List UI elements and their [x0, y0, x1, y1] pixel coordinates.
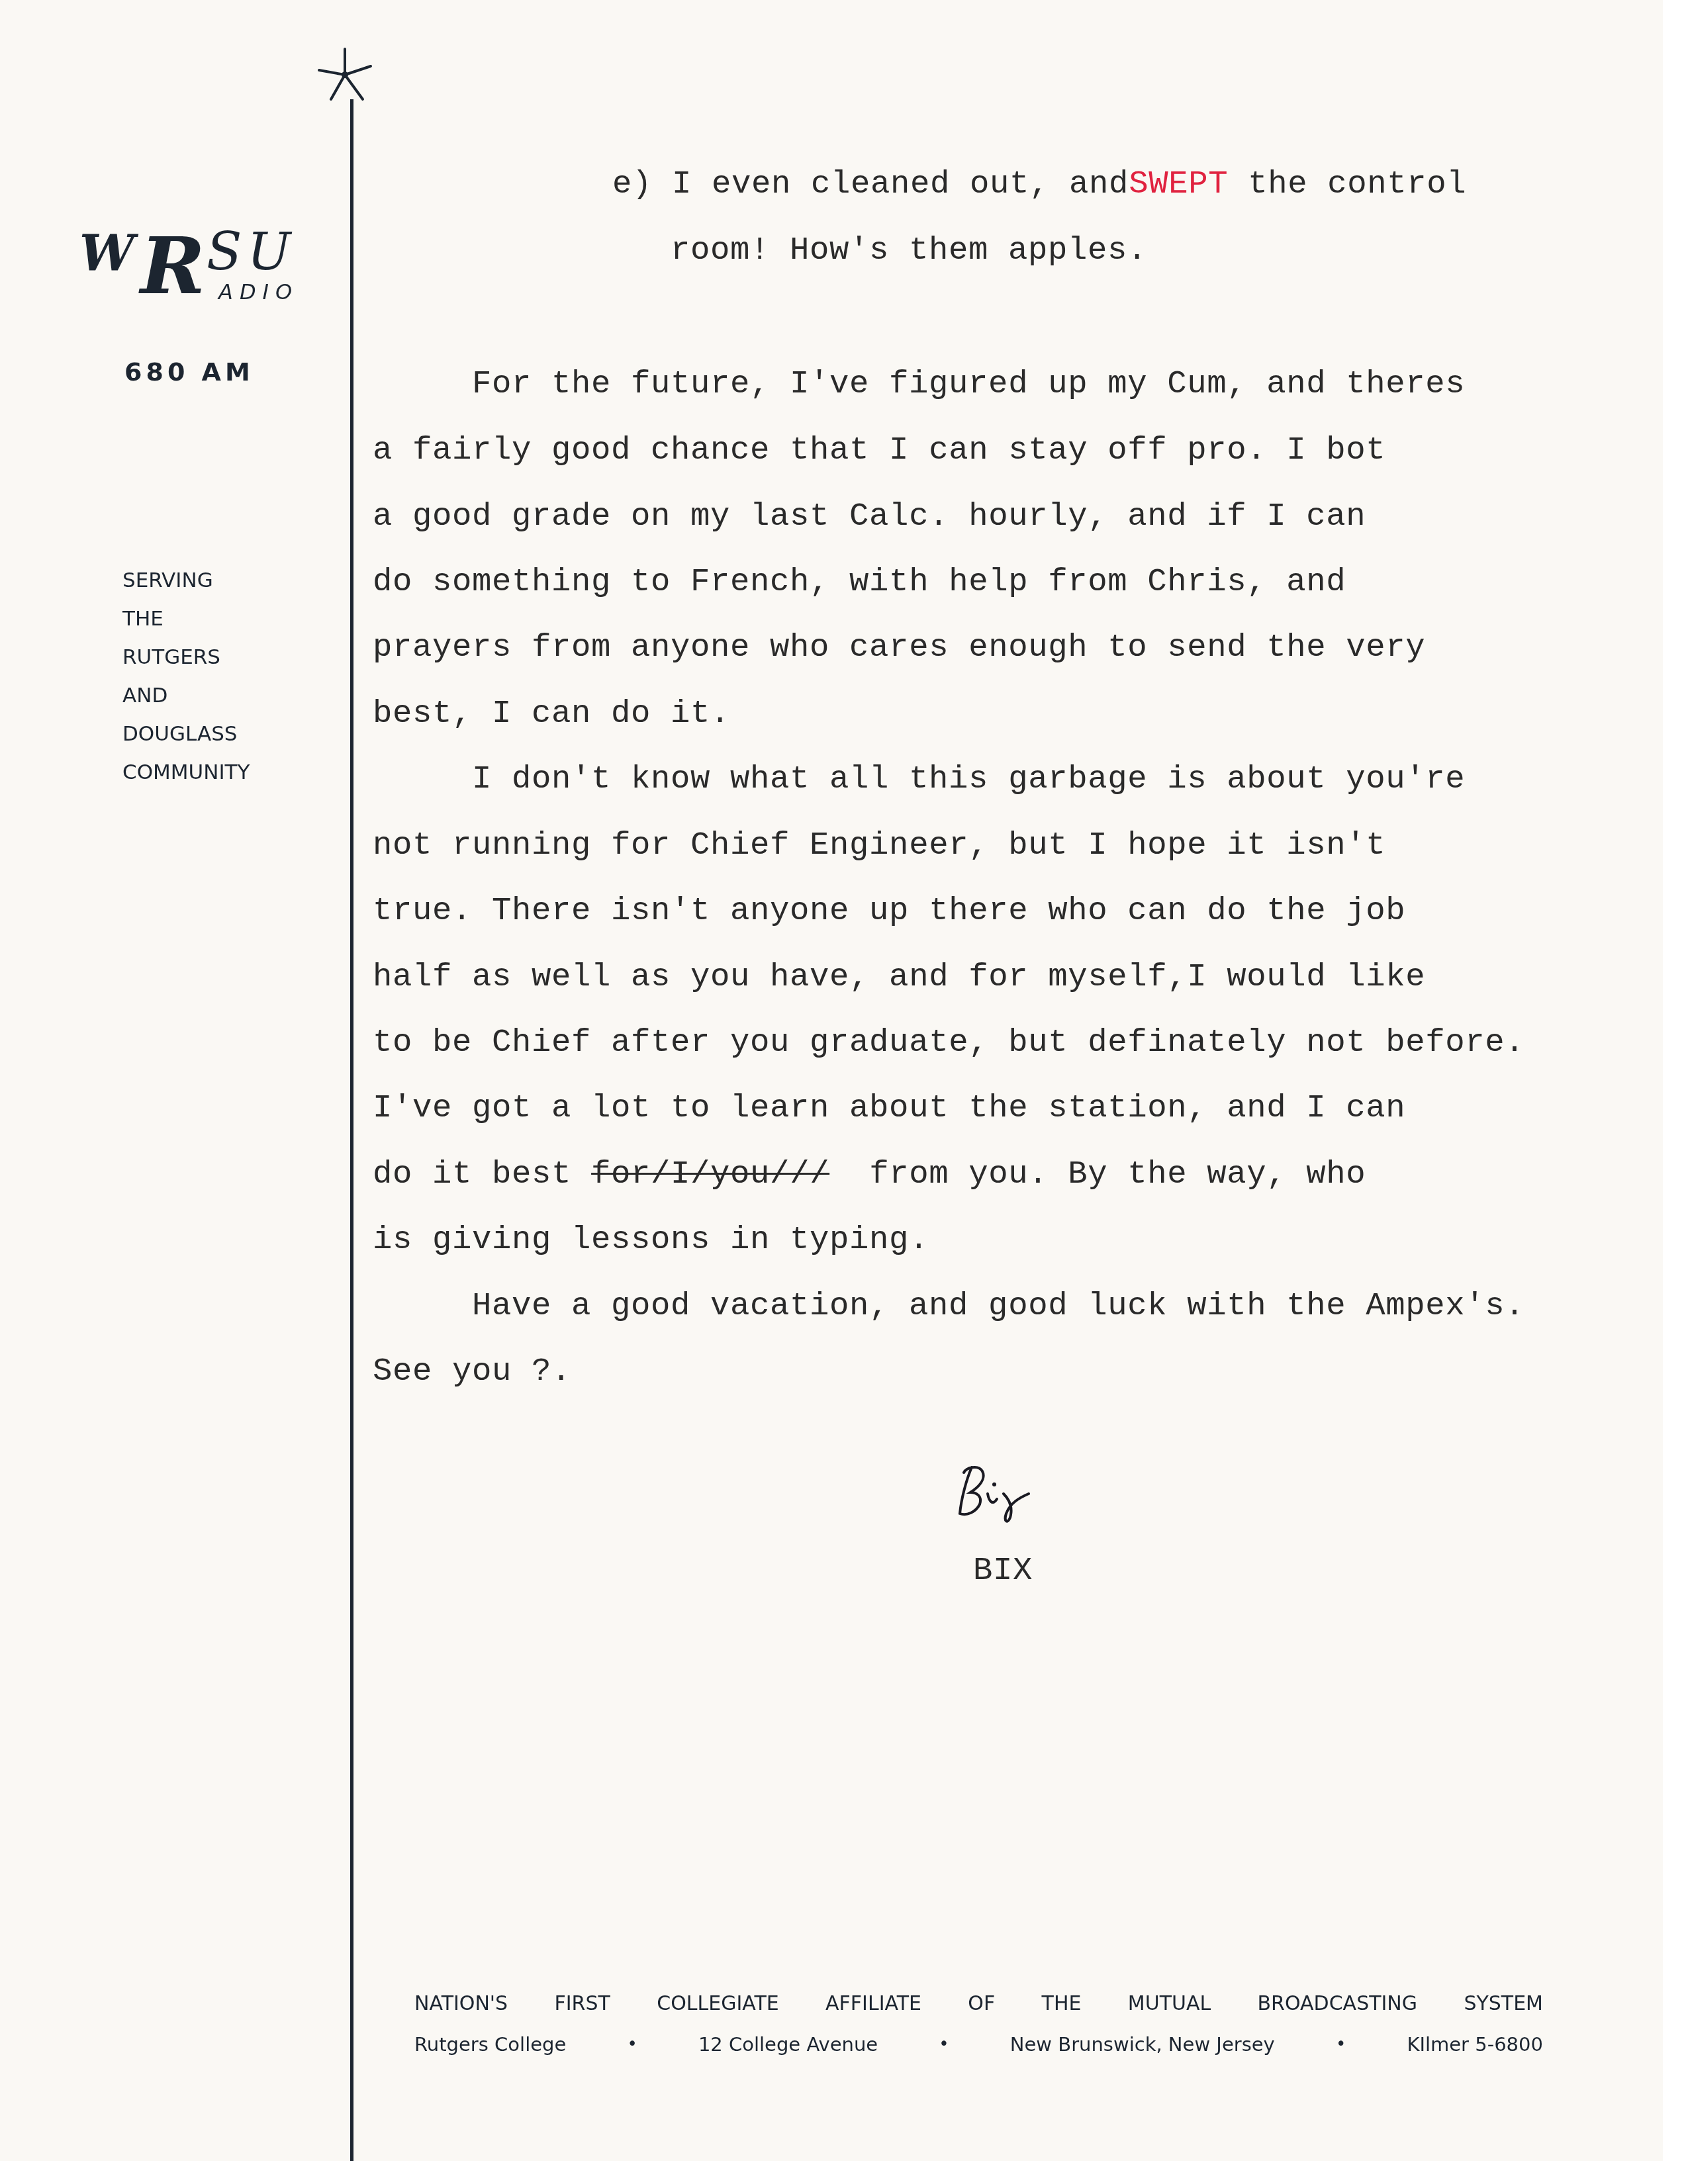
- body-line: best, I can do it.: [373, 695, 730, 732]
- footer-word: BROADCASTING: [1258, 1992, 1418, 2015]
- footer-word: OF: [968, 1992, 995, 2015]
- footer-affiliation: NATION'S FIRST COLLEGIATE AFFILIATE OF T…: [414, 1992, 1543, 2015]
- red-typed-word: SWEPT: [1129, 165, 1228, 203]
- vertical-rule: [350, 99, 353, 2161]
- body-line: a good grade on my last Calc. hourly, an…: [373, 498, 1366, 535]
- body-line: For the future, I've figured up my Cum, …: [472, 365, 1465, 402]
- star-icon: [316, 46, 373, 103]
- typed-text: do it best: [373, 1156, 571, 1193]
- wrsu-logo: W R SU ADIO: [74, 213, 312, 306]
- bullet-separator-icon: •: [939, 2034, 949, 2054]
- body-line: a fairly good chance that I can stay off…: [373, 432, 1385, 469]
- footer-address-part: 12 College Avenue: [698, 2033, 878, 2056]
- item-e-line2: room! How's them apples.: [671, 232, 1147, 269]
- bullet-separator-icon: •: [627, 2034, 637, 2054]
- body-line: do something to French, with help from C…: [373, 563, 1346, 600]
- body-line: is giving lessons in typing.: [373, 1221, 929, 1258]
- footer-phone: KIlmer 5-6800: [1407, 2033, 1543, 2056]
- body-line: prayers from anyone who cares enough to …: [373, 629, 1425, 666]
- body-line: See you ?.: [373, 1353, 571, 1390]
- struck-out-text: for/I/you///: [591, 1156, 829, 1193]
- body-line: not running for Chief Engineer, but I ho…: [373, 827, 1385, 864]
- tagline-line: RUTGERS: [122, 638, 250, 676]
- body-line: half as well as you have, and for myself…: [373, 958, 1425, 995]
- bullet-separator-icon: •: [1336, 2034, 1346, 2054]
- footer-word: THE: [1042, 1992, 1082, 2015]
- typed-text: from you. By the way, who: [849, 1156, 1366, 1193]
- footer-word: NATION'S: [414, 1992, 508, 2015]
- footer-word: AFFILIATE: [825, 1992, 921, 2015]
- tagline-line: COMMUNITY: [122, 753, 250, 792]
- footer-word: FIRST: [555, 1992, 610, 2015]
- footer-word: SYSTEM: [1464, 1992, 1543, 2015]
- logo-adio: ADIO: [218, 279, 299, 304]
- body-line-struck: do it best for/I/you/// from you. By the…: [373, 1156, 1366, 1193]
- body-line: I've got a lot to learn about the statio…: [373, 1089, 1405, 1126]
- body-line: to be Chief after you graduate, but defi…: [373, 1024, 1524, 1061]
- station-frequency: 680 AM: [124, 357, 254, 387]
- tagline-line: SERVING: [122, 561, 250, 600]
- footer-address-part: Rutgers College: [414, 2033, 566, 2056]
- footer-address: Rutgers College • 12 College Avenue • Ne…: [414, 2033, 1543, 2056]
- body-line: I don't know what all this garbage is ab…: [472, 760, 1465, 797]
- letter-page: W R SU ADIO 680 AM SERVING THE RUTGERS A…: [0, 0, 1663, 2161]
- tagline-line: THE: [122, 600, 250, 638]
- body-line: Have a good vacation, and good luck with…: [472, 1287, 1524, 1324]
- footer-address-part: New Brunswick, New Jersey: [1010, 2033, 1275, 2056]
- typed-text: e) I even cleaned out, and: [612, 165, 1129, 203]
- tagline-line: DOUGLASS: [122, 715, 250, 753]
- logo-su: SU: [207, 222, 296, 282]
- item-e-line1: e) I even cleaned out, andSWEPT the cont…: [612, 165, 1466, 203]
- body-line: true. There isn't anyone up there who ca…: [373, 892, 1405, 929]
- logo-w: W: [79, 225, 134, 282]
- footer-word: COLLEGIATE: [657, 1992, 779, 2015]
- logo-r: R: [140, 220, 205, 312]
- typed-text: the control: [1228, 165, 1466, 203]
- tagline: SERVING THE RUTGERS AND DOUGLASS COMMUNI…: [122, 561, 250, 792]
- handwritten-signature: Bix: [947, 1453, 1059, 1525]
- tagline-line: AND: [122, 676, 250, 715]
- typed-signature: BIX: [973, 1552, 1033, 1589]
- footer-word: MUTUAL: [1128, 1992, 1211, 2015]
